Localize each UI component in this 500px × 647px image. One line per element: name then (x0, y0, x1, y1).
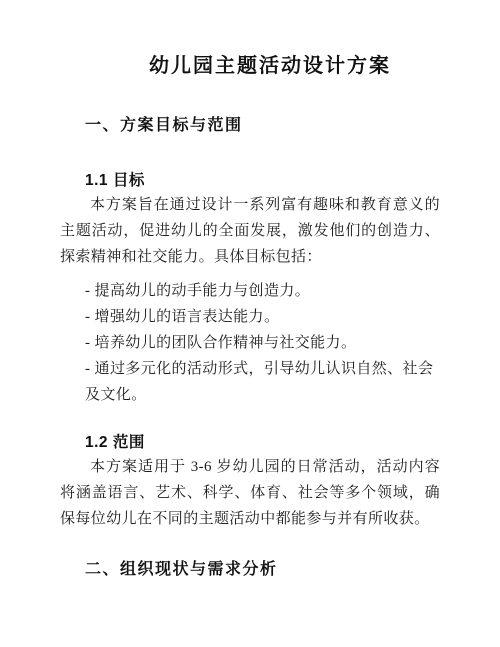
goal-bullet-2: - 增强幼儿的语言表达能力。 (85, 304, 440, 330)
subsection-1-1-paragraph: 本方案旨在通过设计一系列富有趣味和教育意义的主题活动，促进幼儿的全面发展，激发他… (60, 192, 440, 270)
goal-bullet-3: - 培养幼儿的团队合作精神与社交能力。 (85, 330, 440, 356)
subsection-1-1-heading: 1.1 目标 (85, 170, 440, 192)
section-1-heading: 一、方案目标与范围 (85, 114, 440, 138)
goal-bullet-list: - 提高幼儿的动手能力与创造力。 - 增强幼儿的语言表达能力。 - 培养幼儿的团… (60, 278, 440, 408)
goal-bullet-1: - 提高幼儿的动手能力与创造力。 (85, 278, 440, 304)
subsection-1-2-heading: 1.2 范围 (85, 432, 440, 454)
subsection-1-2-paragraph: 本方案适用于 3-6 岁幼儿园的日常活动，活动内容将涵盖语言、艺术、科学、体育、… (60, 454, 440, 532)
document-page: 幼儿园主题活动设计方案 一、方案目标与范围 1.1 目标 本方案旨在通过设计一系… (0, 0, 500, 647)
goal-bullet-4: - 通过多元化的活动形式，引导幼儿认识自然、社会及文化。 (85, 356, 440, 408)
section-2-heading: 二、组织现状与需求分析 (85, 558, 440, 582)
document-title: 幼儿园主题活动设计方案 (60, 52, 440, 80)
